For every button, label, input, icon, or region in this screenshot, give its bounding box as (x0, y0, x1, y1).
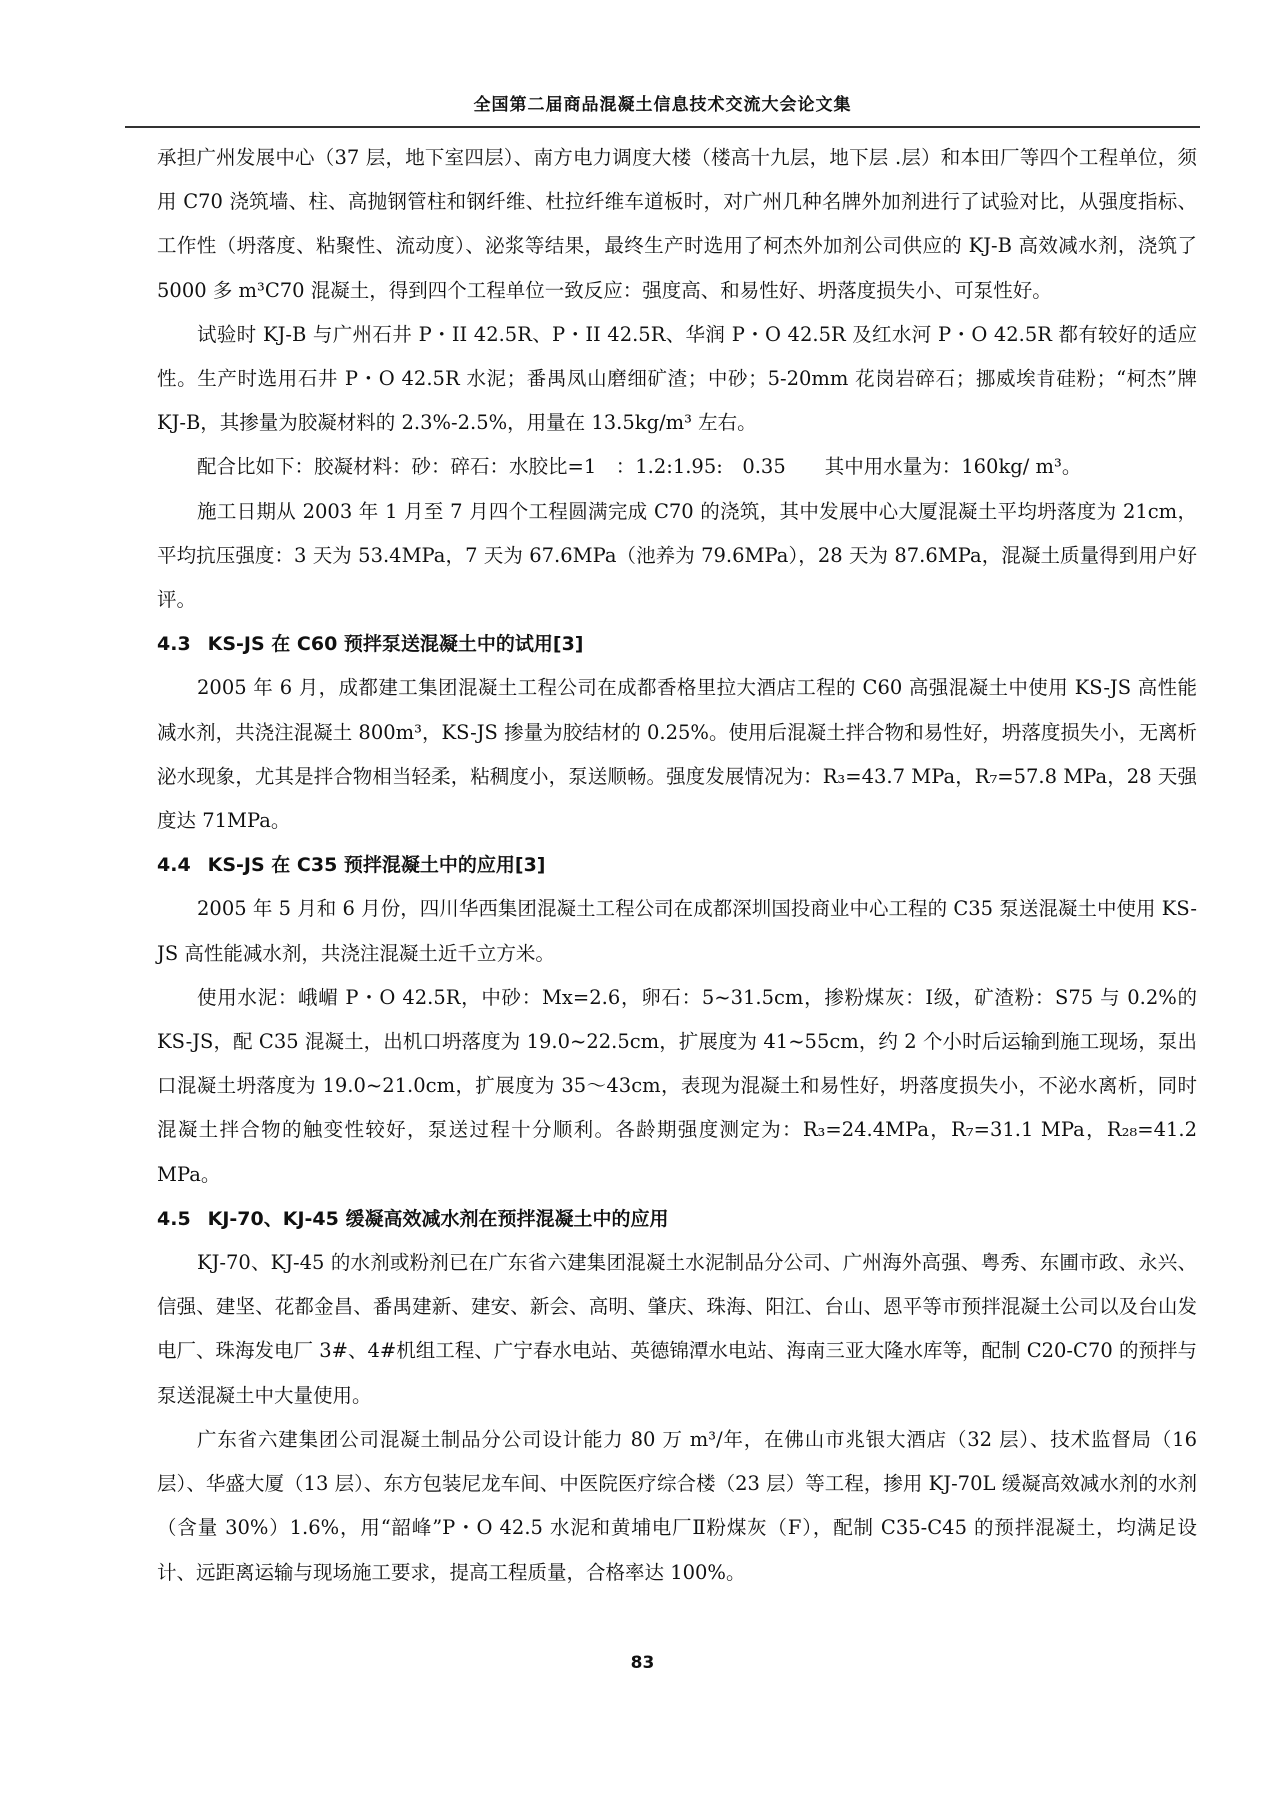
paragraph-4-5-usage: KJ-70、KJ-45 的水剂或粉剂已在广东省六建集团混凝土水泥制品分公司、广州… (157, 1241, 1197, 1418)
section-number: 4.5 (157, 1197, 201, 1241)
paragraph-4-3-body: 2005 年 6 月，成都建工集团混凝土工程公司在成都香格里拉大酒店工程的 C6… (157, 666, 1197, 843)
paragraph-mix-ratio: 配合比如下：胶凝材料：砂：碎石：水胶比=1 ：1.2:1.95: 0.35 其中… (157, 445, 1197, 489)
section-number: 4.3 (157, 622, 201, 666)
page-body: 承担广州发展中心（37 层，地下室四层）、南方电力调度大楼（楼高十九层，地下层 … (157, 136, 1197, 1595)
section-heading-4-3: 4.3 KS-JS 在 C60 预拌泵送混凝土中的试用[3] (157, 622, 1197, 666)
section-heading-4-5: 4.5 KJ-70、KJ-45 缓凝高效减水剂在预拌混凝土中的应用 (157, 1197, 1197, 1241)
section-title: KJ-70、KJ-45 缓凝高效减水剂在预拌混凝土中的应用 (208, 1208, 669, 1230)
section-title: KS-JS 在 C35 预拌混凝土中的应用[3] (208, 854, 546, 876)
paragraph-kjb-adaptability: 试验时 KJ-B 与广州石井 P・II 42.5R、P・II 42.5R、华润 … (157, 313, 1197, 446)
running-header: 全国第二届商品混凝土信息技术交流大会论文集 (125, 92, 1200, 128)
paragraph-4-5-liujian: 广东省六建集团公司混凝土制品分公司设计能力 80 万 m³/年，在佛山市兆银大酒… (157, 1418, 1197, 1595)
section-number: 4.4 (157, 843, 201, 887)
section-heading-4-4: 4.4 KS-JS 在 C35 预拌混凝土中的应用[3] (157, 843, 1197, 887)
page-number: 83 (0, 1653, 1285, 1673)
section-title: KS-JS 在 C60 预拌泵送混凝土中的试用[3] (208, 633, 584, 655)
paragraph-continued: 承担广州发展中心（37 层，地下室四层）、南方电力调度大楼（楼高十九层，地下层 … (157, 136, 1197, 313)
paragraph-construction-date: 施工日期从 2003 年 1 月至 7 月四个工程圆满完成 C70 的浇筑，其中… (157, 490, 1197, 623)
paragraph-4-4-intro: 2005 年 5 月和 6 月份，四川华西集团混凝土工程公司在成都深圳国投商业中… (157, 887, 1197, 975)
paragraph-4-4-details: 使用水泥：峨嵋 P・O 42.5R，中砂：Mx=2.6，卵石：5~31.5cm，… (157, 976, 1197, 1197)
running-title: 全国第二届商品混凝土信息技术交流大会论文集 (474, 95, 852, 115)
